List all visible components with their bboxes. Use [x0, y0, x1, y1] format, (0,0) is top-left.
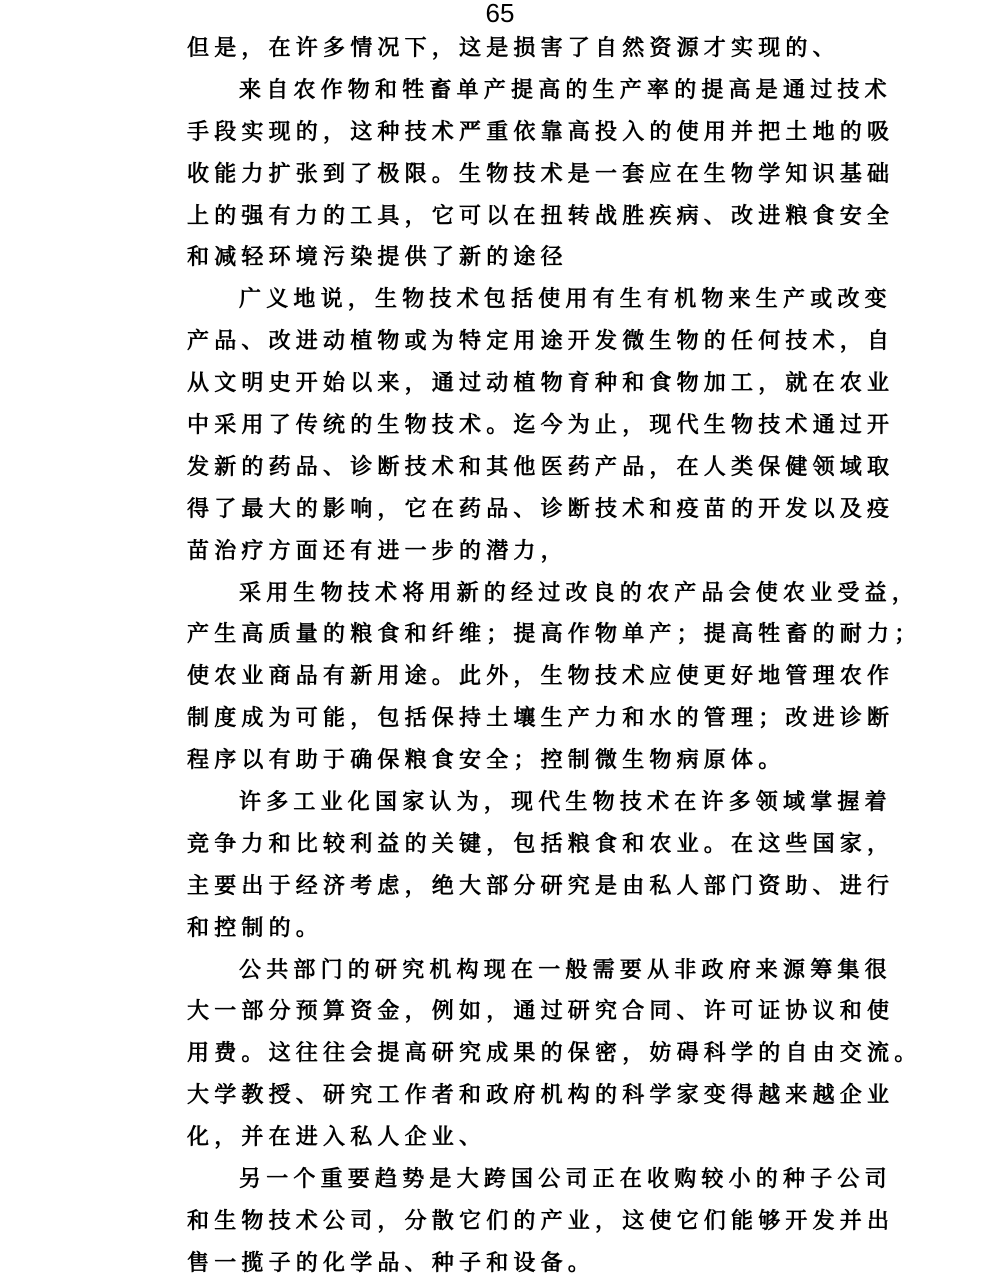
text-line: 制度成为可能，包括保持土壤生产力和水的管理；改进诊断 [187, 698, 867, 740]
text-line: 收能力扩张到了极限。生物技术是一套应在生物学知识基础 [187, 154, 867, 196]
text-line: 大一部分预算资金，例如，通过研究合同、许可证协议和使 [187, 991, 867, 1033]
text-line: 大学教授、研究工作者和政府机构的科学家变得越来越企业 [187, 1075, 867, 1117]
document-body: 但是，在许多情况下，这是损害了自然资源才实现的、来自农作物和牲畜单产提高的生产率… [187, 28, 867, 1277]
text-line: 发新的药品、诊断技术和其他医药产品，在人类保健领域取 [187, 447, 867, 489]
text-line: 程序以有助于确保粮食安全；控制微生物病原体。 [187, 740, 867, 782]
text-line: 但是，在许多情况下，这是损害了自然资源才实现的、 [187, 28, 867, 70]
text-line: 苗治疗方面还有进一步的潜力， [187, 531, 867, 573]
paragraph-first-line: 许多工业化国家认为，现代生物技术在许多领域掌握着 [187, 782, 867, 824]
paragraph-first-line: 采用生物技术将用新的经过改良的农产品会使农业受益， [187, 573, 867, 615]
paragraph-first-line: 公共部门的研究机构现在一般需要从非政府来源筹集很 [187, 950, 867, 992]
text-line: 得了最大的影响，它在药品、诊断技术和疫苗的开发以及疫 [187, 489, 867, 531]
text-line: 和控制的。 [187, 908, 867, 950]
text-line: 和生物技术公司，分散它们的产业，这使它们能够开发并出 [187, 1201, 867, 1243]
text-line: 化，并在进入私人企业、 [187, 1117, 867, 1159]
text-line: 产品、改进动植物或为特定用途开发微生物的任何技术，自 [187, 321, 867, 363]
text-line: 使农业商品有新用途。此外，生物技术应使更好地管理农作 [187, 656, 867, 698]
text-line: 上的强有力的工具，它可以在扭转战胜疾病、改进粮食安全 [187, 196, 867, 238]
text-line: 手段实现的，这种技术严重依靠高投入的使用并把土地的吸 [187, 112, 867, 154]
page-number: 65 [0, 0, 1000, 28]
text-line: 中采用了传统的生物技术。迄今为止，现代生物技术通过开 [187, 405, 867, 447]
paragraph-first-line: 来自农作物和牲畜单产提高的生产率的提高是通过技术 [187, 70, 867, 112]
text-line: 用费。这往往会提高研究成果的保密，妨碍科学的自由交流。 [187, 1033, 867, 1075]
text-line: 竞争力和比较利益的关键，包括粮食和农业。在这些国家， [187, 824, 867, 866]
text-line: 售一揽子的化学品、种子和设备。 [187, 1243, 867, 1277]
text-line: 主要出于经济考虑，绝大部分研究是由私人部门资助、进行 [187, 866, 867, 908]
paragraph-first-line: 广义地说，生物技术包括使用有生有机物来生产或改变 [187, 279, 867, 321]
text-line: 和减轻环境污染提供了新的途径 [187, 237, 867, 279]
text-line: 产生高质量的粮食和纤维；提高作物单产；提高牲畜的耐力； [187, 614, 867, 656]
text-line: 从文明史开始以来，通过动植物育种和食物加工，就在农业 [187, 363, 867, 405]
paragraph-first-line: 另一个重要趋势是大跨国公司正在收购较小的种子公司 [187, 1159, 867, 1201]
